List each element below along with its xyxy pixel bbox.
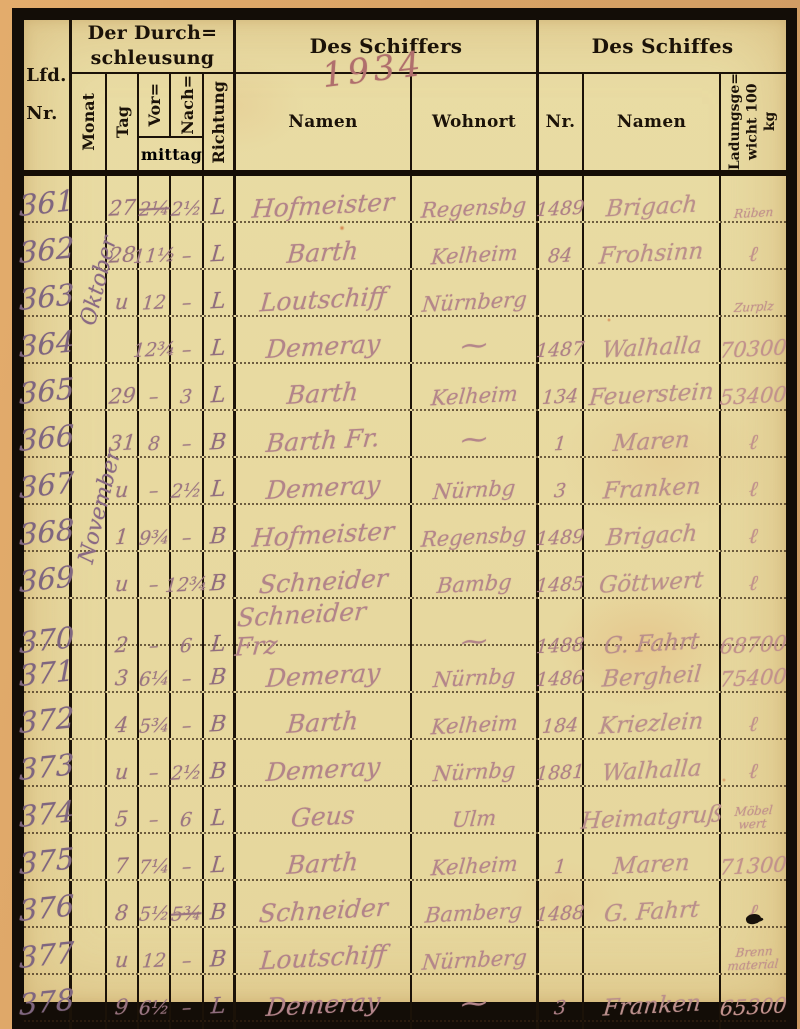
skipper-name: Loutschiff (259, 940, 388, 976)
col-header-tag: Tag (107, 74, 139, 170)
nachmittag-value: – (181, 950, 192, 973)
cell-schiff-nr: 1489 (539, 505, 584, 550)
skipper-name: Hofmeister (251, 516, 396, 553)
monat-label: Monat (79, 93, 98, 151)
day-value: 9 (114, 995, 129, 1020)
table-header: Lfd. Nr. Der Durch= schleusung Des Schif… (24, 20, 786, 170)
cell-vormittag (139, 1022, 171, 1029)
vormittag-value: – (148, 574, 159, 597)
cell-schiff-name: Walhalla (584, 317, 721, 362)
vormittag-value: 6¼ (138, 667, 170, 691)
lfd-number: 377 (19, 935, 74, 975)
residence-value: Bambg (436, 570, 513, 598)
table-row: 364 12¾ – L Demeray ⁓ 1487 Walhalla 7030… (24, 317, 786, 364)
cell-schiff-nr: 84 (539, 223, 584, 268)
cell-nachmittag (171, 1022, 204, 1029)
cell-schiff-name: Göttwert (584, 552, 721, 597)
cell-schiff-nr: 1 (539, 834, 584, 879)
cell-lfd-nr: 378 (24, 975, 72, 1020)
cell-ladungsgewicht: 71300 (721, 834, 786, 879)
vormittag-value: 11½ (132, 244, 176, 268)
cell-schiff-nr: 1488 (539, 599, 584, 658)
residence-value: Kelheim (430, 382, 519, 411)
mittag-label: mittag (139, 136, 204, 170)
col-header-wohnort: Wohnort (412, 74, 539, 170)
cell-richtung: L (204, 317, 236, 362)
ship-number: 1488 (535, 634, 585, 659)
richtung-label: Richtung (209, 81, 228, 164)
cell-richtung: B (204, 505, 236, 550)
cell-nachmittag: 2½ (171, 458, 204, 503)
nachmittag-value: – (181, 339, 192, 362)
cell-lfd-nr: 377 (24, 928, 72, 973)
ship-name: Bergheil (601, 661, 703, 692)
cell-schiff-name: Franken (584, 458, 721, 503)
nachmittag-value: 5¾ (170, 902, 202, 926)
cell-schiffer-name: Schneider Frz (236, 599, 412, 658)
col-header-lfd-nr: Lfd. Nr. (24, 20, 72, 170)
cargo-weight-value: ℓ (748, 524, 759, 550)
cell-schiff-name: Brigach (584, 176, 721, 221)
cell-richtung: B (204, 740, 236, 785)
day-value: u (114, 760, 130, 785)
skipper-name: Barth (286, 847, 360, 880)
cell-schiffer-name: Barth (236, 364, 412, 409)
vormittag-value: – (148, 480, 159, 503)
cell-tag: 1 (107, 505, 139, 550)
cell-vormittag: – (139, 364, 171, 409)
cell-schiffer-name: Loutschiff (236, 928, 412, 973)
direction-value: L (210, 806, 227, 832)
nachmittag-value: – (181, 245, 192, 268)
skipper-name: Barth (286, 706, 360, 739)
cell-monat (72, 176, 107, 221)
cell-richtung: L (204, 176, 236, 221)
ship-name: Maren (612, 427, 691, 457)
nachmittag-value: 2½ (170, 197, 202, 221)
cell-ladungsgewicht: ℓ (721, 552, 786, 597)
cell-ladungsgewicht: Brenn material (721, 928, 786, 973)
cell-ladungsgewicht: ℓ (721, 411, 786, 456)
col-header-schiff-nr: Nr. (539, 74, 584, 170)
residence-value: Ulm (451, 806, 497, 832)
skipper-name: Demeray (265, 470, 382, 505)
ship-name: Frohsinn (598, 238, 705, 270)
table-row: 373 u – 2½ B Demeray Nürnbg 1881 Walhall… (24, 740, 786, 787)
cell-lfd-nr: 364 (24, 317, 72, 362)
vormittag-value: – (148, 635, 159, 658)
group-header-des-schiffes: Des Schiffes (539, 20, 786, 74)
direction-value: L (210, 632, 227, 658)
cell-richtung: L (204, 975, 236, 1020)
cell-schiff-nr (539, 270, 584, 315)
nachmittag-value: – (181, 527, 192, 550)
cell-lfd-nr: 369 (24, 552, 72, 597)
cell-monat (72, 740, 107, 785)
cell-richtung: B (204, 411, 236, 456)
cell-tag: 31 (107, 411, 139, 456)
direction-value: L (210, 994, 227, 1020)
cell-lfd-nr: 374 (24, 787, 72, 832)
cell-wohnort: Ulm (412, 787, 539, 832)
residence-value: Nürnbg (432, 758, 516, 786)
skipper-name: Geus (290, 800, 356, 833)
cargo-weight-value: 71300 (719, 852, 788, 880)
vormittag-value: 5¾ (138, 714, 170, 738)
cell-tag: 5 (107, 787, 139, 832)
direction-value: L (210, 853, 227, 879)
cell-wohnort: Bamberg (412, 881, 539, 926)
skipper-name: Demeray (265, 329, 382, 364)
col-header-nachmittag: Nach= (171, 74, 204, 136)
cell-nachmittag: – (171, 834, 204, 879)
ship-name: Walhalla (601, 332, 703, 363)
nach-label: Nach= (178, 75, 197, 135)
cell-richtung: B (204, 552, 236, 597)
cell-richtung: L (204, 270, 236, 315)
cell-monat (72, 834, 107, 879)
table-row: 367 u – 2½ L Demeray Nürnbg 3 Franken ℓ (24, 458, 786, 505)
lfd-number: 364 (19, 324, 74, 364)
lfd-number: 365 (19, 371, 74, 411)
cell-schiff-name: G. Fahrt (584, 881, 721, 926)
cell-schiffer-name: Barth (236, 693, 412, 738)
cell-schiff-name (584, 928, 721, 973)
cell-wohnort: ⁓ (412, 975, 539, 1020)
cell-vormittag: 12 (139, 928, 171, 973)
scanned-lock-register-page: { "colors":{"paper":"#e9dca4","frame_ink… (0, 0, 800, 1029)
cell-schiff-nr (539, 787, 584, 832)
residence-value: Nürnbg (432, 664, 516, 692)
residence-value: Nürnberg (421, 945, 528, 975)
residence-value: Regensbg (420, 193, 527, 223)
day-value: u (114, 478, 130, 503)
cell-lfd-nr: 366 (24, 411, 72, 456)
day-value: 2 (114, 633, 129, 658)
ship-number: 1486 (535, 667, 585, 692)
ship-number: 1485 (535, 573, 585, 598)
cell-ladungsgewicht: ℓ (721, 223, 786, 268)
vormittag-value: 2¼ (138, 197, 170, 221)
lfd-number: 369 (19, 559, 74, 599)
day-value: u (114, 572, 130, 597)
cargo-weight-value: 68700 (719, 631, 788, 659)
cell-lfd-nr: 367 (24, 458, 72, 503)
ship-number: 3 (553, 480, 567, 503)
cell-monat (72, 646, 107, 691)
table-row: 374 5 – 6 L Geus Ulm Heimatgruß Möbel we… (24, 787, 786, 834)
ship-number: 134 (541, 385, 579, 409)
col-header-schiff-namen: Namen (584, 74, 721, 170)
cell-richtung: B (204, 928, 236, 973)
lfd-number: 371 (19, 653, 74, 693)
cell-ladungsgewicht: Rüben (721, 176, 786, 221)
vormittag-value: – (148, 386, 159, 409)
cell-schiff-nr: 1881 (539, 740, 584, 785)
cell-vormittag: – (139, 740, 171, 785)
cell-richtung: L (204, 364, 236, 409)
tag-label: Tag (113, 106, 132, 138)
skipper-name: Demeray (265, 658, 382, 693)
vormittag-value: 12 (141, 949, 167, 972)
ship-name: Kriezlein (598, 708, 705, 740)
cell-wohnort: Kelheim (412, 693, 539, 738)
cell-schiff-nr: 3 (539, 975, 584, 1020)
direction-value: B (209, 665, 227, 691)
cell-schiffer-name: Barth Fr. (236, 411, 412, 456)
ship-name: Franken (602, 990, 702, 1021)
direction-value: B (209, 430, 227, 456)
cell-nachmittag: 2½ (171, 740, 204, 785)
lfd-number: 366 (19, 418, 74, 458)
lfd-number: 361 (19, 183, 74, 223)
cell-schiff-nr: 1 (539, 411, 584, 456)
cell-lfd-nr: 361 (24, 176, 72, 221)
nachmittag-value: – (181, 433, 192, 456)
cell-ladungsgewicht: ℓ (721, 740, 786, 785)
day-value: 27 (108, 195, 137, 221)
skipper-name: Barth (286, 236, 360, 269)
table-row: 369 u – 12¾ B Schneider Bambg 1485 Göttw… (24, 552, 786, 599)
cell-nachmittag: 6 (171, 787, 204, 832)
cell-schiff-name (584, 1022, 721, 1029)
table-row: 377 u 12 – B Loutschiff Nürnberg Brenn m… (24, 928, 786, 975)
residence-value: ⁓ (460, 626, 489, 658)
day-value: 4 (114, 713, 129, 738)
cell-tag: 8 (107, 881, 139, 926)
cell-nachmittag: 12¾ (171, 552, 204, 597)
ship-name: Maren (612, 850, 691, 880)
vor-label: Vor= (145, 83, 164, 126)
cell-nachmittag: – (171, 693, 204, 738)
cell-schiffer-name: Schneider (236, 552, 412, 597)
lfd-number: 362 (19, 230, 74, 270)
cargo-weight-value: Brenn material (727, 944, 780, 973)
ship-number: 1488 (535, 902, 585, 927)
cell-schiff-nr: 1485 (539, 552, 584, 597)
cell-monat (72, 787, 107, 832)
day-value: u (114, 290, 130, 315)
cell-nachmittag: – (171, 928, 204, 973)
residence-value: ⁓ (460, 330, 489, 362)
table-row: 376 8 5½ 5¾ B Schneider Bamberg 1488 G. … (24, 881, 786, 928)
cell-wohnort: ⁓ (412, 317, 539, 362)
vormittag-value: 12 (141, 291, 167, 314)
cargo-weight-value: ℓ (748, 242, 759, 268)
cell-schiff-name: Walhalla (584, 740, 721, 785)
direction-value: B (209, 900, 227, 926)
cell-schiffer-name: Loutschiff (236, 270, 412, 315)
cell-schiffer-name: Hofmeister (236, 505, 412, 550)
cell-vormittag: 12¾ (139, 317, 171, 362)
day-value: 31 (108, 430, 137, 456)
cell-vormittag: 2¼ (139, 176, 171, 221)
cell-schiff-nr: 1489 (539, 176, 584, 221)
residence-value: Kelheim (430, 852, 519, 881)
cell-tag (107, 1022, 139, 1029)
cell-schiff-nr: 3 (539, 458, 584, 503)
cell-wohnort: Nürnbg (412, 740, 539, 785)
cell-ladungsgewicht: 53400 (721, 364, 786, 409)
direction-value: L (210, 242, 227, 268)
col-header-vormittag: Vor= (139, 74, 171, 136)
group-header-durchschleusung: Der Durch= schleusung (72, 20, 236, 74)
skipper-name: Demeray (265, 752, 382, 787)
cell-schiff-name: Maren (584, 411, 721, 456)
lfd-number: 378 (19, 982, 74, 1022)
direction-value: L (210, 289, 227, 315)
ship-number: 1 (553, 433, 567, 456)
cell-wohnort: Regensbg (412, 176, 539, 221)
table-row: 363 u 12 – L Loutschiff Nürnberg Zurplz (24, 270, 786, 317)
direction-value: B (209, 947, 227, 973)
vormittag-value: 8 (147, 433, 161, 456)
vormittag-value: – (148, 762, 159, 785)
cell-lfd-nr: 363 (24, 270, 72, 315)
lfd-number: 374 (19, 794, 74, 834)
cell-nachmittag: – (171, 975, 204, 1020)
cell-monat (72, 364, 107, 409)
cell-schiffer-name: Barth (236, 834, 412, 879)
cell-schiff-name: Brigach (584, 505, 721, 550)
col-header-monat: Monat (72, 74, 107, 170)
cell-ladungsgewicht: 68700 (721, 599, 786, 658)
cell-schiffer-name (236, 1022, 412, 1029)
nachmittag-value: 2½ (170, 479, 202, 503)
cargo-weight-value: Möbel wert (733, 804, 773, 833)
cargo-weight-value: 75400 (719, 664, 788, 692)
cell-schiffer-name: Demeray (236, 317, 412, 362)
cell-lfd-nr: 372 (24, 693, 72, 738)
cell-nachmittag: – (171, 270, 204, 315)
day-value: 3 (114, 666, 129, 691)
residence-value: Kelheim (430, 711, 519, 740)
cell-schiffer-name: Demeray (236, 458, 412, 503)
cell-schiffer-name: Geus (236, 787, 412, 832)
cell-schiff-name: Heimatgruß (584, 787, 721, 832)
table-row: 370 2 – 6 L Schneider Frz ⁓ 1488 G. Fahr… (24, 599, 786, 646)
table-row: 366 31 8 – B Barth Fr. ⁓ 1 Maren ℓ (24, 411, 786, 458)
day-value: 7 (114, 854, 129, 879)
cell-monat (72, 693, 107, 738)
ship-name: Franken (602, 473, 702, 504)
day-value: 5 (114, 807, 129, 832)
residence-value: Nürnberg (421, 287, 528, 317)
residence-value: ⁓ (460, 988, 489, 1020)
cell-nachmittag: 5¾ (171, 881, 204, 926)
nachmittag-value: – (181, 292, 192, 315)
cell-ladungsgewicht: 65300 (721, 975, 786, 1020)
ship-name: Feuerstein (588, 379, 715, 412)
register-table: Lfd. Nr. Der Durch= schleusung Des Schif… (24, 20, 786, 1002)
vormittag-value: – (148, 809, 159, 832)
nachmittag-value: – (181, 856, 192, 879)
cell-richtung (204, 1022, 236, 1029)
ship-name: Göttwert (598, 567, 704, 599)
table-row: 378 9 6½ – L Demeray ⁓ 3 Franken 65300 (24, 975, 786, 1022)
cell-schiff-nr: 1488 (539, 881, 584, 926)
ship-number: 1487 (535, 338, 585, 363)
residence-value: ⁓ (460, 424, 489, 456)
ship-number: 1881 (535, 761, 585, 786)
cell-tag: u (107, 552, 139, 597)
cell-richtung: L (204, 787, 236, 832)
cargo-weight-value: Zurplz (733, 300, 774, 315)
cell-wohnort: Kelheim (412, 834, 539, 879)
nachmittag-value: 3 (179, 386, 193, 409)
table-row: 361 27 2¼ 2½ L Hofmeister Regensbg 1489 … (24, 176, 786, 223)
cell-nachmittag: 2½ (171, 176, 204, 221)
cell-schiffer-name: Demeray (236, 975, 412, 1020)
cell-ladungsgewicht: ℓ (721, 693, 786, 738)
cargo-weight-value: Rüben (733, 206, 773, 221)
residence-value: Nürnbg (432, 476, 516, 504)
cell-ladungsgewicht: Möbel wert (721, 787, 786, 832)
residence-value: Kelheim (430, 241, 519, 270)
cell-lfd-nr: 362 (24, 223, 72, 268)
cargo-weight-value: ℓ (748, 477, 759, 503)
lfd-number: 373 (19, 747, 74, 787)
vormittag-value: 9¾ (138, 526, 170, 550)
ship-number: 1489 (535, 526, 585, 551)
cell-wohnort: Nürnbg (412, 458, 539, 503)
ship-number: 84 (547, 244, 573, 267)
cell-tag: u (107, 740, 139, 785)
cell-wohnort: Nürnberg (412, 270, 539, 315)
cell-schiff-name: Feuerstein (584, 364, 721, 409)
cell-vormittag: – (139, 458, 171, 503)
cell-schiff-nr: 134 (539, 364, 584, 409)
cell-lfd-nr: 376 (24, 881, 72, 926)
nachmittag-value: 2½ (170, 761, 202, 785)
direction-value: B (209, 759, 227, 785)
nachmittag-value: – (181, 997, 192, 1020)
ladungsgewicht-label: Ladungsge= wicht 100 kg (727, 73, 780, 170)
cell-tag: 7 (107, 834, 139, 879)
cell-richtung: B (204, 881, 236, 926)
cell-schiff-nr: 1487 (539, 317, 584, 362)
lfd-number: 368 (19, 512, 74, 552)
cell-tag: 29 (107, 364, 139, 409)
ship-name: Walhalla (601, 755, 703, 786)
cell-lfd-nr: 370 (24, 599, 72, 658)
table-row (24, 1022, 786, 1029)
col-header-ladungsgewicht: Ladungsge= wicht 100 kg (721, 74, 786, 170)
cell-lfd-nr: 375 (24, 834, 72, 879)
vormittag-value: 5½ (138, 902, 170, 926)
cell-schiff-name: Frohsinn (584, 223, 721, 268)
skipper-name: Schneider Frz (234, 594, 413, 661)
cell-wohnort: Kelheim (412, 364, 539, 409)
cell-tag: 4 (107, 693, 139, 738)
cell-schiffer-name: Schneider (236, 881, 412, 926)
cell-monat (72, 1022, 107, 1029)
cell-vormittag: 6½ (139, 975, 171, 1020)
direction-value: B (209, 712, 227, 738)
ship-name: Brigach (605, 521, 699, 552)
nachmittag-value: – (181, 668, 192, 691)
cell-richtung: L (204, 834, 236, 879)
direction-value: L (210, 336, 227, 362)
cell-richtung: B (204, 693, 236, 738)
cell-monat (72, 975, 107, 1020)
ship-number: 3 (553, 997, 567, 1020)
cell-ladungsgewicht: ℓ (721, 458, 786, 503)
cell-lfd-nr: 373 (24, 740, 72, 785)
skipper-name: Barth (286, 377, 360, 410)
cell-schiffer-name: Hofmeister (236, 176, 412, 221)
day-value: u (114, 948, 130, 973)
